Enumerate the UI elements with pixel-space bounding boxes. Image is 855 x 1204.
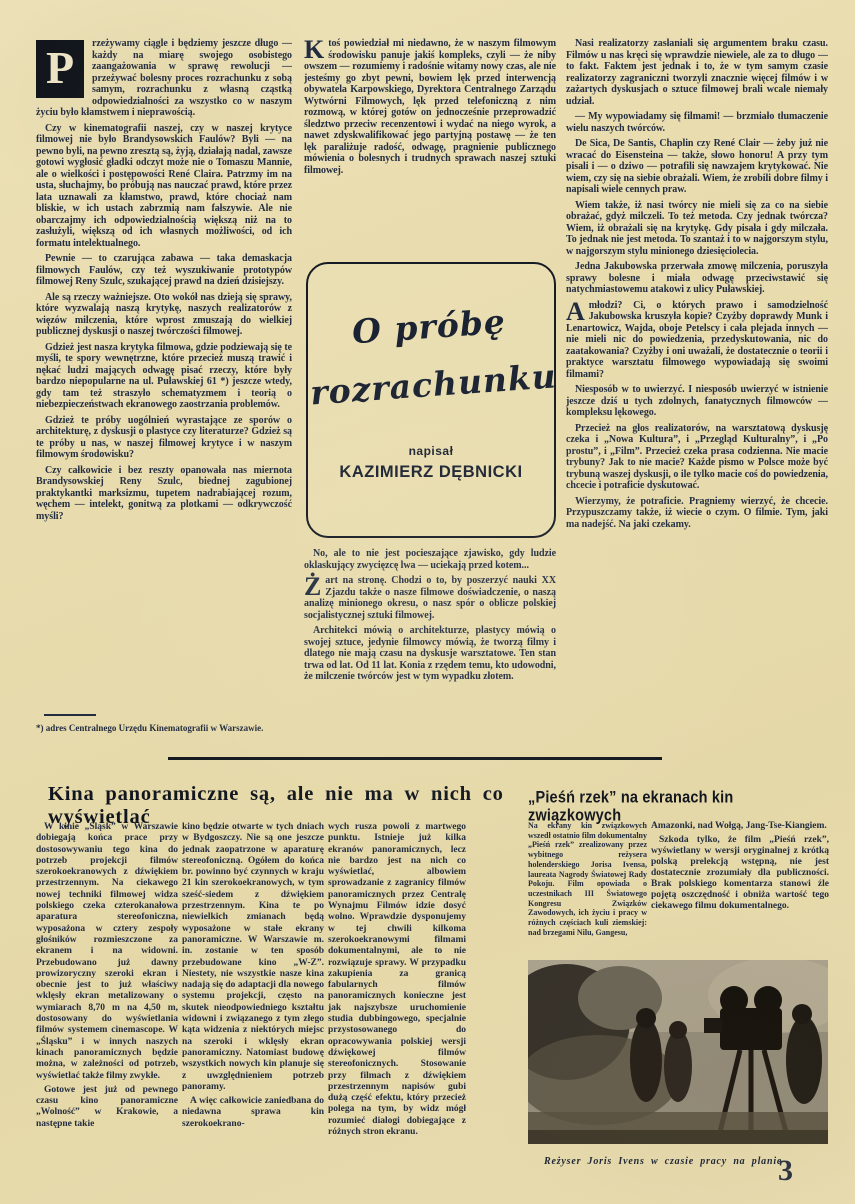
song-paragraph: Szkoda tylko, że film „Pieśń rzek”, wyśw… (651, 835, 829, 912)
byline-label: napisał (308, 444, 554, 458)
paragraph-text: toś powiedział mi niedawno, że w naszym … (304, 38, 556, 176)
paragraph-text: art na stronę. Chodzi o to, by poszerzyć… (304, 575, 556, 621)
cinema-paragraph: A więc całkowicie zaniedbana do niedawna… (182, 1096, 324, 1130)
footnote: *) adres Centralnego Urzędu Kinematograf… (36, 723, 292, 734)
lead-paragraph: Żart na stronę. Chodzi o to, by poszerzy… (304, 575, 556, 621)
lead-column-2-intro: Ktoś powiedział mi niedawno, że w naszym… (304, 38, 556, 253)
footnote-divider (44, 714, 96, 716)
cinema-paragraph: kino będzie otwarte w tych dniach w Bydg… (182, 822, 324, 1093)
lead-paragraph: Pewnie — to czarująca zabawa — taka dema… (36, 253, 292, 288)
song-paragraph: Amazonki, nad Wołgą, Jang-Tse-Kiangiem. (651, 821, 829, 832)
lead-column-1: Przeżywamy ciągle i będziemy jeszcze dłu… (36, 38, 292, 708)
song-column-1: Na ekrany kin związkowych wszedł ostatni… (528, 821, 647, 961)
film-set-photo (528, 960, 828, 1144)
song-column-2: Amazonki, nad Wołgą, Jang-Tse-Kiangiem. … (651, 821, 829, 961)
lead-paragraph: Amłodzi? Ci, o których prawo i samodziel… (566, 300, 828, 381)
article-title-box: O próbę rozrachunku napisał KAZIMIERZ DĘ… (306, 262, 556, 538)
lead-paragraph: Wiem także, iż nasi twórcy nie mieli się… (566, 200, 828, 258)
magazine-page: Przeżywamy ciągle i będziemy jeszcze dłu… (0, 0, 855, 1204)
lead-paragraph: Ktoś powiedział mi niedawno, że w naszym… (304, 38, 556, 176)
dropcap-z: Ż (304, 576, 321, 597)
lead-paragraph: Wierzymy, że potraficie. Pragniemy wierz… (566, 496, 828, 531)
lead-paragraph: Nasi realizatorzy zasłaniali się argumen… (566, 38, 828, 107)
lead-paragraph: Architekci mówią o architekturze, plasty… (304, 625, 556, 683)
cinema-column-2: kino będzie otwarte w tych dniach w Bydg… (182, 822, 324, 1198)
lead-paragraph: No, ale to nie jest pocieszające zjawisk… (304, 548, 556, 571)
article-title: O próbę rozrachunku (304, 290, 557, 423)
lead-column-3: Nasi realizatorzy zasłaniali się argumen… (566, 38, 828, 750)
lead-paragraph: — My wypowiadamy się filmami! — brzmiało… (566, 111, 828, 134)
paragraph-text: młodzi? Ci, o których prawo i samodzieln… (566, 300, 828, 380)
cinema-column-3: wych rusza powoli z martwego punktu. Ist… (328, 822, 466, 1198)
dropcap-p: P (36, 40, 84, 98)
lead-paragraph: De Sica, De Santis, Chaplin czy René Cla… (566, 138, 828, 196)
section-divider (168, 757, 662, 760)
dropcap-k: K (304, 39, 324, 60)
lead-paragraph: Przecież na głos realizatorów, na warszt… (566, 423, 828, 492)
lead-paragraph: Czy całkowicie i bez reszty opanowała na… (36, 465, 292, 523)
lead-paragraph: Ale są rzeczy ważniejsze. Oto wokół nas … (36, 292, 292, 338)
lead-paragraph: Czy w kinematografii naszej, czy w nasze… (36, 123, 292, 250)
author-name: KAZIMIERZ DĘBNICKI (308, 463, 554, 482)
page-number: 3 (778, 1154, 793, 1188)
cinema-paragraph: W kinie „Śląsk” w Warszawie dobiegają ko… (36, 822, 178, 1082)
cinema-paragraph: wych rusza powoli z martwego punktu. Ist… (328, 822, 466, 1138)
cinema-paragraph: Gotowe jest już od pewnego czasu kino pa… (36, 1085, 178, 1130)
lead-paragraph: Gdzież jest nasza krytyka filmowa, gdzie… (36, 342, 292, 411)
lead-column-2-bottom: No, ale to nie jest pocieszające zjawisk… (304, 548, 556, 756)
lead-paragraph: Niesposób w to uwierzyć. I niesposób uwi… (566, 384, 828, 419)
cinema-column-1: W kinie „Śląsk” w Warszawie dobiegają ko… (36, 822, 178, 1198)
lead-paragraph: Przeżywamy ciągle i będziemy jeszcze dłu… (36, 38, 292, 119)
lead-paragraph: Gdzież te próby uogólnień wyrastające ze… (36, 415, 292, 461)
lead-paragraph: Jedna Jakubowska przerwała zmowę milczen… (566, 261, 828, 296)
dropcap-a: A (566, 301, 585, 322)
song-headline: „Pieśń rzek” na ekranach kin związkowych (528, 789, 830, 825)
